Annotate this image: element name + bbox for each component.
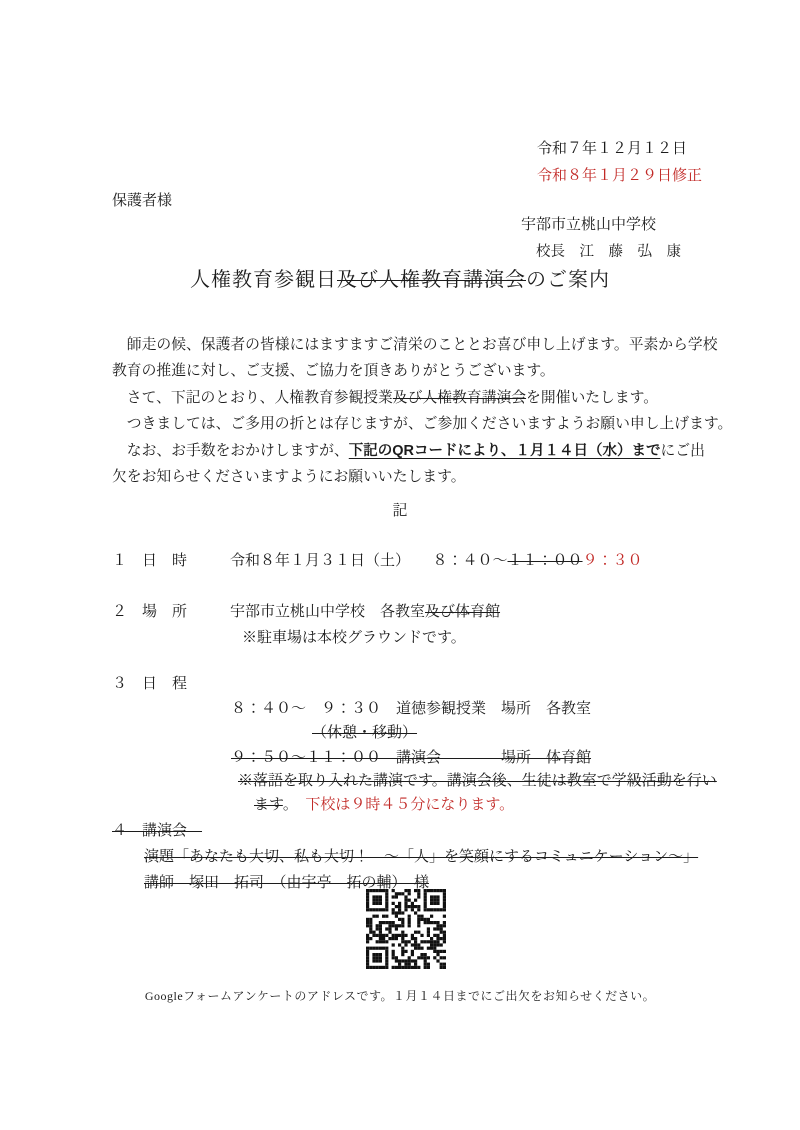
body-line-6: 欠をお知らせくださいますようにお願いいたします。 (112, 464, 732, 490)
schedule-row-3-struck: ９：５０～１１：００ 講演会 場所 体育館 (231, 746, 591, 767)
item2-parking-note: ※駐車場は本校グラウンドです。 (242, 626, 466, 647)
body-line-5-pre: なお、お手数をおかけしますが、 (112, 443, 349, 459)
body-line-3-pre: さて、下記のとおり、人権教育参観授業 (112, 390, 393, 406)
schedule-row-1: ８：４０～ ９：３０ 道徳参観授業 場所 各教室 (231, 697, 591, 718)
issue-date: 令和７年１２月１２日 (537, 137, 687, 158)
schedule-row-5: ます。 下校は９時４５分になります。 (254, 793, 514, 814)
title-text-start: 人権教育参観日 (190, 269, 337, 291)
document-title: 人権教育参観日及び人権教育講演会のご案内 (0, 263, 800, 292)
schedule-row-2-struck: （休憩・移動） (312, 721, 417, 742)
recipient: 保護者様 (112, 189, 172, 210)
item1-struck-time: １１：００ (508, 553, 583, 569)
principal-name: 校長 江 藤 弘 康 (536, 240, 681, 261)
lecture-title-struck: 演題「あなたも大切、私も大切！ ～「人」を笑顔にするコミュニケーション～」 (144, 845, 698, 866)
body-line-5: なお、お手数をおかけしますが、下記のQRコードにより、１月１４日（水）までにご出 (112, 438, 732, 464)
item2-struck-place: 及び体育館 (425, 604, 500, 620)
body-line-3-post: を開催いたします。 (526, 390, 658, 406)
qr-deadline-emphasis: 下記のQRコードにより、１月１４日（水）まで (349, 443, 661, 459)
item1-label: １ 日 時 (112, 549, 187, 570)
item1-text: 令和８年１月３１日（土） ８：４０～ (230, 553, 508, 569)
body-paragraphs: 師走の候、保護者の皆様にはますますご清栄のこととお喜び申し上げます。平素から学校… (112, 332, 732, 490)
record-marker: 記 (0, 499, 800, 520)
item3-label: ３ 日 程 (112, 672, 187, 693)
qr-code (366, 889, 446, 969)
body-line-4: つきましては、ご多用の折とは存じますが、ご参加くださいますようお願い申し上げます… (112, 411, 732, 437)
document-page: 令和７年１２月１２日 令和８年１月２９日修正 保護者様 宇部市立桃山中学校 校長… (0, 0, 800, 1130)
item2-text: 宇部市立桃山中学校 各教室 (230, 604, 425, 620)
body-line-5-post: にご出 (661, 443, 705, 459)
body-line-3-struck: 及び人権教育講演会 (393, 390, 526, 406)
body-line-1: 師走の候、保護者の皆様にはますますご清栄のこととお喜び申し上げます。平素から学校 (112, 332, 732, 358)
item2-label: ２ 場 所 (112, 600, 187, 621)
item1-revised-time: ９：３０ (583, 553, 643, 569)
dismissal-time-red: 下校は９時４５分になります。 (290, 797, 514, 813)
item1-content: 令和８年１月３１日（土） ８：４０～１１：００９：３０ (230, 549, 643, 570)
schedule-row-4-struck: ※落語を取り入れた講演です。講演会後、生徒は教室で学級活動を行い (238, 769, 717, 790)
school-name: 宇部市立桃山中学校 (521, 213, 656, 234)
qr-caption: Googleフォームアンケートのアドレスです。１月１４日までにご出欠をお知らせく… (0, 987, 800, 1004)
body-line-3: さて、下記のとおり、人権教育参観授業及び人権教育講演会を開催いたします。 (112, 385, 732, 411)
item2-content: 宇部市立桃山中学校 各教室及び体育館 (230, 600, 500, 621)
body-line-2: 教育の推進に対し、ご支援、ご協力を頂きありがとうございます。 (112, 358, 732, 384)
item4-label-struck: ４ 講演会 (112, 819, 202, 840)
title-text-end: のご案内 (526, 269, 610, 291)
title-struck-text: 及び人権教育講演会 (337, 269, 526, 291)
revision-date: 令和８年１月２９日修正 (537, 164, 702, 185)
schedule-row-5-struck: ます (254, 797, 283, 813)
